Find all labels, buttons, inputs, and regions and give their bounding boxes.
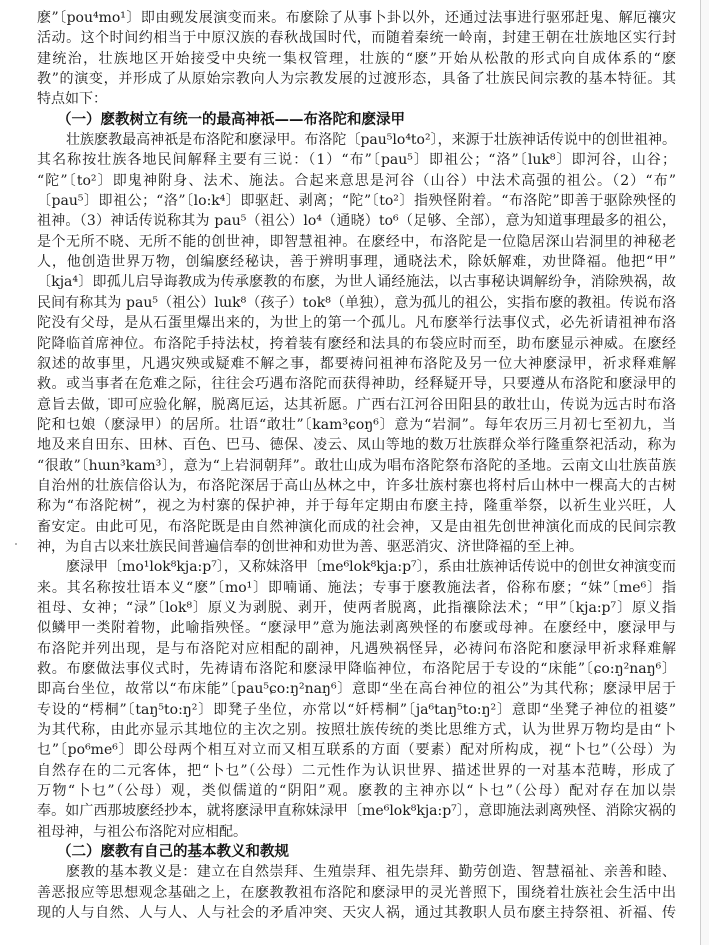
text-line: 为其代称，由此亦显示其地位的主次之别。按照壮族传统的类比思维方式，认为世界万物均… xyxy=(37,720,676,740)
text-line: 特点如下： xyxy=(37,89,676,109)
text-line: 麽渌甲〔mo¹lok⁸kja:p⁷〕，又称妹洛甲〔me⁶lok⁸kja:p⁷〕，… xyxy=(37,557,676,577)
text-line: 神，为自古以来壮族民间普遍信奉的创世神和劝世为善、驱恶消灾、济世降福的至上神。 xyxy=(37,537,676,557)
scan-artifact-dot xyxy=(15,543,17,545)
text-line: “很敢”〔hɯn³kam³〕，意为“上岩洞朝拜”。敢壮山成为唱布洛陀祭布洛陀的圣… xyxy=(37,456,676,476)
text-line: 〔pau⁵〕即祖公；“洛”〔lo:k⁴〕即驱赶、剥离；“陀”〔to²〕指殃怪附着… xyxy=(37,191,676,211)
text-line: 祖母神，与祖公布洛陀对应相配。 xyxy=(37,822,676,842)
text-line: 人，他创造世界万物，创编麽经秘诀，善于辨明事理，通晓法术，除妖解难，劝世降福。他… xyxy=(37,252,676,272)
text-line: 来。其名称按壮语本义“麽”〔mo¹〕即喃诵、施法；专事于麽教施法者，俗称布麽；“… xyxy=(37,578,676,598)
text-line: 现的人与自然、人与人、人与社会的矛盾冲突、天灾人祸，通过其教职人员布麽主持祭祖、… xyxy=(37,903,676,923)
scanned-document-page: 麽”〔pou⁴mo¹〕即由觋发展演变而来。布麽除了从事卜卦以外，还通过法事进行驱… xyxy=(0,0,709,945)
text-line: 善恶报应等思想观念基础之上，在麽教教祖布洛陀和麽渌甲的灵光普照下，围绕着壮族社会… xyxy=(37,883,676,903)
text-line: 其名称按壮族各地民间解释主要有三说：（1）“布”〔pau⁵〕即祖公；“洛”〔lu… xyxy=(37,150,676,170)
text-line: 意旨去做，即可应验化解，脱离厄运，达其祈愿。广西右江河谷田阳县的敢壮山，传说为远… xyxy=(37,395,676,415)
text-line: 地及来自田东、田林、百色、巴马、德保、凌云、凤山等地的数万壮族群众举行隆重祭祀活… xyxy=(37,435,676,455)
text-line: 畜安定。由此可见，布洛陀既是由自然神演化而成的社会神，又是由祖先创世神演化而成的… xyxy=(37,517,676,537)
text-line: 救。布麽做法事仪式时，先祷请布洛陀和麽渌甲降临神位，布洛陀居于专设的“床能”〔ɕ… xyxy=(37,659,676,679)
text-line: 麽”〔pou⁴mo¹〕即由觋发展演变而来。布麽除了从事卜卦以外，还通过法事进行驱… xyxy=(37,8,676,28)
text-line: 称为“布洛陀树”，视之为村寨的保护神，并于每年定期由布麽主持，隆重举祭，以祈生业… xyxy=(37,496,676,516)
text-line: 万物“卜乜”（公母）观，类似儒道的“阴阳”观。麽教的主神亦以“卜乜”（公母）配对… xyxy=(37,781,676,801)
text-line: 祖母、女神；“渌”〔lok⁸〕原义为剥脱、剥开，使两者脱离，此指禳除法术；“甲”… xyxy=(37,598,676,618)
text-line: 救。或当事者在危难之际，往往会巧遇布洛陀而获得神助，经释疑开导，只要遵从布洛陀和… xyxy=(37,374,676,394)
text-line: 叙述的故事里，凡遇灾殃或疑难不解之事，都要祷问祖神布洛陀及另一位大神麽渌甲，祈求… xyxy=(37,354,676,374)
text-line: 祖神。（3）神话传说称其为 pau⁵（祖公）lo⁴（通晓）to⁶（足够、全部），… xyxy=(37,211,676,231)
document-body: 麽”〔pou⁴mo¹〕即由觋发展演变而来。布麽除了从事卜卦以外，还通过法事进行驱… xyxy=(37,8,676,923)
section-heading: （二）麽教有自己的基本教义和教规 xyxy=(37,842,676,862)
text-line: 陀降临首席神位。布洛陀手持法杖，挎着装有麽经和法具的布袋应时而至，助布麽显示神威… xyxy=(37,334,676,354)
text-line: 壮族麽教最高神祇是布洛陀和麽渌甲。布洛陀〔pau⁵lo⁴to²〕，来源于壮族神话… xyxy=(37,130,676,150)
text-line: 布洛陀并列出现，是与布洛陀对应相配的副神，凡遇殃祸怪异，必祷问布洛陀和麽渌甲祈求… xyxy=(37,639,676,659)
text-line: 麽教的基本教义是：建立在自然崇拜、生殖崇拜、祖先崇拜、勤劳创造、智慧福祉、亲善和… xyxy=(37,862,676,882)
text-line: 建统治，壮族地区开始接受中央统一集权管理，壮族的“麽”开始从松散的形式向自成体系… xyxy=(37,49,676,69)
text-line: 活动。这个时间约相当于中原汉族的春秋战国时代，而随着秦统一岭南，封建王朝在壮族地… xyxy=(37,28,676,48)
text-line: 似鳞甲一类附着物，此喻指殃怪。“麽渌甲”意为施法剥离殃怪的布麽或母神。在麽经中，… xyxy=(37,618,676,638)
text-line: 〔kja⁴〕即孤儿启导诲教成为传承麽教的布麽，为世人诵经施法，以古事秘诀调解纷争… xyxy=(37,272,676,292)
text-line: 即高台坐位，故常以“布床能”〔pau⁵ɕo:ŋ²naŋ⁶〕意即“坐在高台神位的祖… xyxy=(37,679,676,699)
section-heading: （一）麽教树立有统一的最高神祇——布洛陀和麽渌甲 xyxy=(37,110,676,130)
text-line: 教”的演变，并形成了从原始宗教向人为宗教发展的过渡形态，具备了壮族民间宗教的基本… xyxy=(37,69,676,89)
text-line: 是个无所不晓、无所不能的创世神，即智慧祖神。在麽经中，布洛陀是一位隐居深山岩洞里… xyxy=(37,232,676,252)
text-line: 自治州的壮族信俗认为，布洛陀深居于高山丛林之中，许多壮族村寨也将村后山林中一棵高… xyxy=(37,476,676,496)
text-line: 自然存在的二元客体，把“卜乜”（公母）二元性作为认识世界、描述世界的一对基本范畴… xyxy=(37,761,676,781)
text-line: “陀”〔to²〕即鬼神附身、法术、施法。合起来意思是河谷（山谷）中法术高强的祖公… xyxy=(37,171,676,191)
text-line: 陀没有父母，是从石蛋里爆出来的，为世上的第一个孤儿。凡布麽举行法事仪式，必先祈请… xyxy=(37,313,676,333)
text-line: 专设的“樗桐”〔taŋ⁵to:ŋ²〕即凳子坐位，亦常以“奷樗桐”〔ja⁶taŋ⁵… xyxy=(37,700,676,720)
text-line: 民间有称其为 pau⁵（祖公）lɯk⁸（孩子）tok⁸（单独），意为孤儿的祖公，… xyxy=(37,293,676,313)
text-line: 奉。如广西那坡麽经抄本，就将麽渌甲直称妹渌甲〔me⁶lok⁸kja:p⁷〕，意即… xyxy=(37,801,676,821)
text-line: 乜”〔po⁶me⁶〕即公母两个相互对立而又相互联系的方面（要素）配对所构成，视“… xyxy=(37,740,676,760)
page-margin xyxy=(701,0,709,945)
page-edge-divider xyxy=(700,0,701,945)
text-line: 陀和乜娘（麽渌甲）的居所。壮语“敢壮”〔kam³ɕoŋ⁶〕意为“岩洞”。每年农历… xyxy=(37,415,676,435)
